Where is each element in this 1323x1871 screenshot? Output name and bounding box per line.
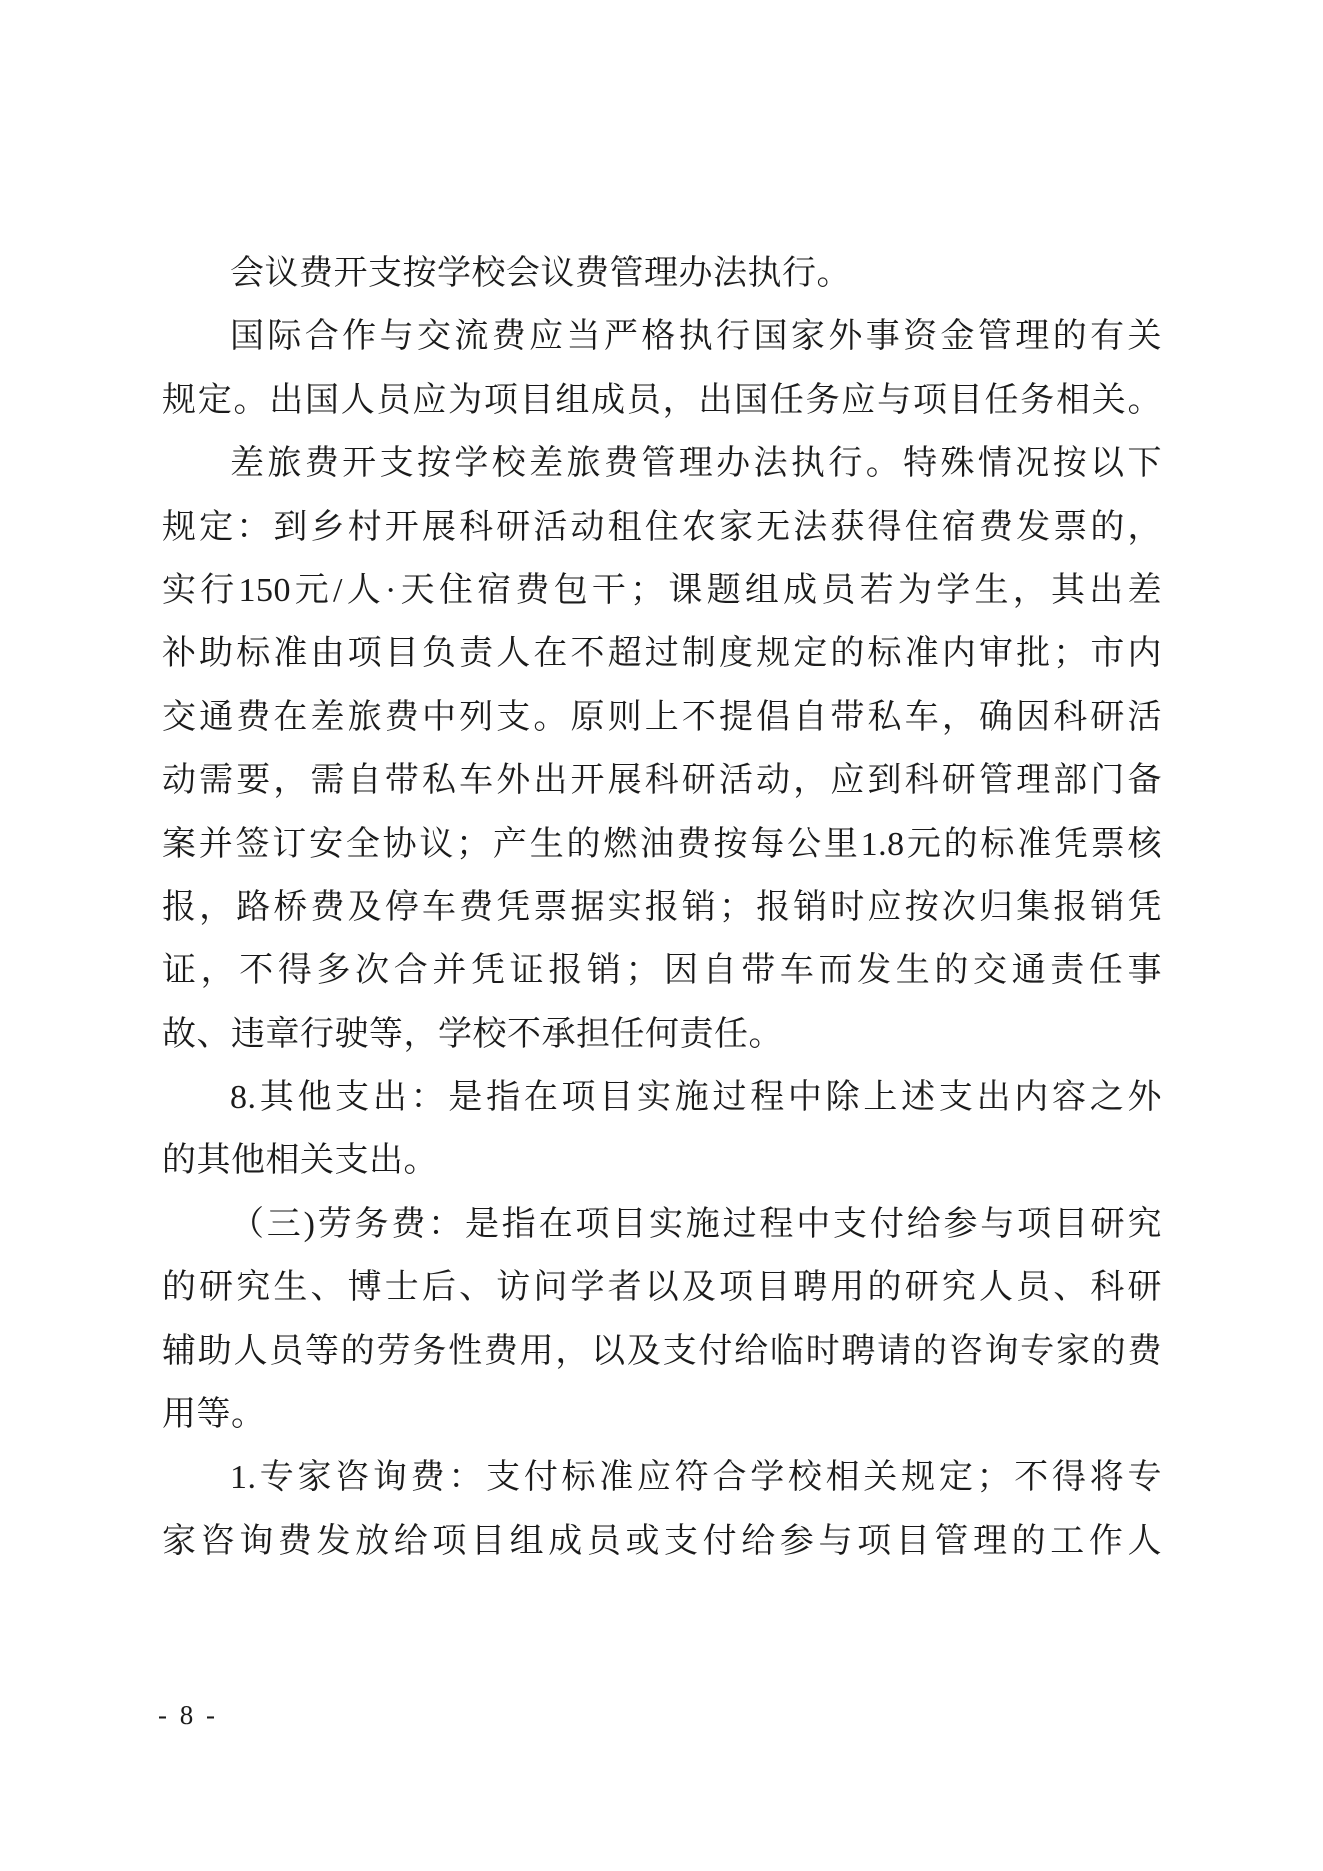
document-page: 会议费开支按学校会议费管理办法执行。 国际合作与交流费应当严格执行国家外事资金管… — [0, 0, 1323, 1871]
text-line: 动需要，需自带私车外出开展科研活动，应到科研管理部门备 — [162, 749, 1162, 812]
text-line: 规定。出国人员应为项目组成员，出国任务应与项目任务相关。 — [162, 369, 1162, 432]
text-line: 会议费开支按学校会议费管理办法执行。 — [162, 242, 1162, 305]
page-number: - 8 - — [158, 1700, 218, 1731]
text-line: （三)劳务费：是指在项目实施过程中支付给参与项目研究 — [162, 1193, 1162, 1256]
document-body: 会议费开支按学校会议费管理办法执行。 国际合作与交流费应当严格执行国家外事资金管… — [162, 242, 1162, 1573]
text-line: 案并签订安全协议；产生的燃油费按每公里1.8元的标准凭票核 — [162, 813, 1162, 876]
text-line: 补助标准由项目负责人在不超过制度规定的标准内审批；市内 — [162, 622, 1162, 685]
text-line: 国际合作与交流费应当严格执行国家外事资金管理的有关 — [162, 305, 1162, 368]
text-line: 用等。 — [162, 1383, 1162, 1446]
text-line: 的其他相关支出。 — [162, 1129, 1162, 1192]
text-line: 家咨询费发放给项目组成员或支付给参与项目管理的工作人 — [162, 1510, 1162, 1573]
text-line: 辅助人员等的劳务性费用，以及支付给临时聘请的咨询专家的费 — [162, 1320, 1162, 1383]
text-line: 证，不得多次合并凭证报销；因自带车而发生的交通责任事 — [162, 939, 1162, 1002]
text-line: 1.专家咨询费：支付标准应符合学校相关规定；不得将专 — [162, 1446, 1162, 1509]
text-line: 8.其他支出：是指在项目实施过程中除上述支出内容之外 — [162, 1066, 1162, 1129]
text-line: 规定：到乡村开展科研活动租住农家无法获得住宿费发票的， — [162, 496, 1162, 559]
text-line: 报，路桥费及停车费凭票据实报销；报销时应按次归集报销凭 — [162, 876, 1162, 939]
text-line: 交通费在差旅费中列支。原则上不提倡自带私车，确因科研活 — [162, 686, 1162, 749]
text-line: 故、违章行驶等，学校不承担任何责任。 — [162, 1003, 1162, 1066]
text-line: 实行150元/人·天住宿费包干；课题组成员若为学生，其出差 — [162, 559, 1162, 622]
text-line: 差旅费开支按学校差旅费管理办法执行。特殊情况按以下 — [162, 432, 1162, 495]
text-line: 的研究生、博士后、访问学者以及项目聘用的研究人员、科研 — [162, 1256, 1162, 1319]
